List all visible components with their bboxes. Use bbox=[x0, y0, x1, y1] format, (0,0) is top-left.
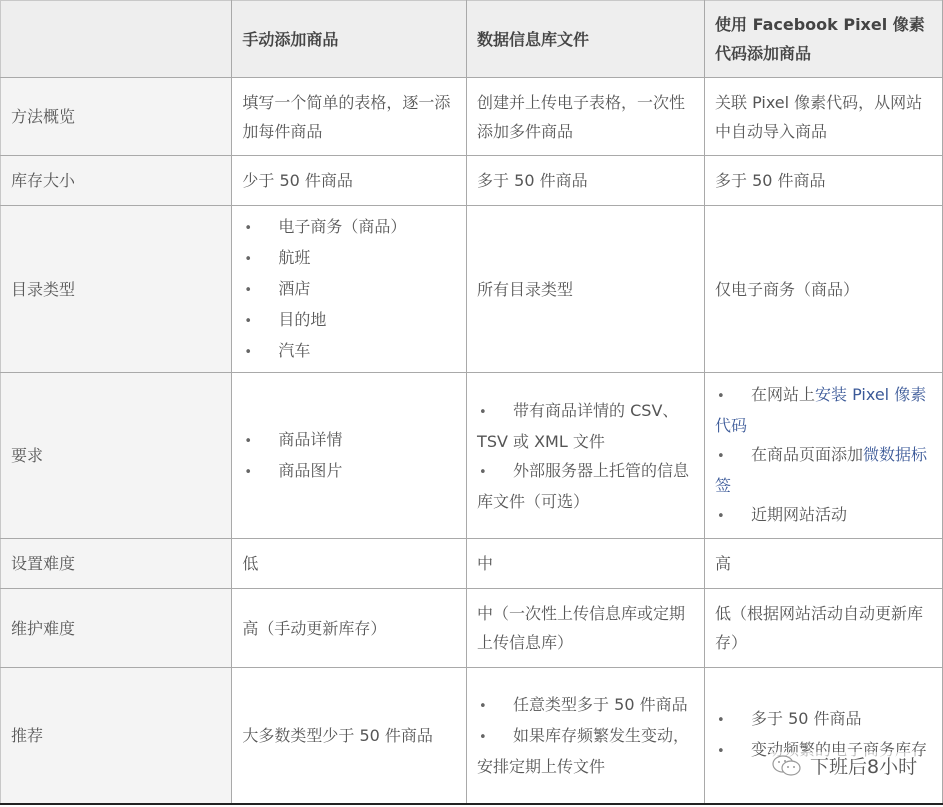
table-row-inventory-size: 库存大小 少于 50 件商品 多于 50 件商品 多于 50 件商品 bbox=[1, 156, 943, 206]
row-label: 维护难度 bbox=[1, 589, 232, 668]
bullet-icon: • bbox=[242, 214, 278, 243]
list-item: •带有商品详情的 CSV、TSV 或 XML 文件 bbox=[477, 396, 694, 456]
list-item: •在商品页面添加微数据标签 bbox=[715, 440, 932, 500]
list-item: •航班 bbox=[242, 243, 456, 274]
table-cell: 所有目录类型 bbox=[467, 206, 705, 373]
table-cell: 多于 50 件商品 bbox=[705, 156, 943, 206]
table-row-overview: 方法概览 填写一个简单的表格，逐一添加每件商品 创建并上传电子表格，一次性添加多… bbox=[1, 78, 943, 156]
bullet-icon: • bbox=[477, 458, 513, 487]
bullet-list: •电子商务（商品） •航班 •酒店 •目的地 •汽车 bbox=[242, 212, 456, 367]
bullet-icon: • bbox=[242, 245, 278, 274]
bullet-list: •任意类型多于 50 件商品 •如果库存频繁发生变动，安排定期上传文件 bbox=[477, 690, 694, 781]
list-item: •在网站上安装 Pixel 像素代码 bbox=[715, 380, 932, 440]
table-cell: 填写一个简单的表格，逐一添加每件商品 bbox=[232, 78, 467, 156]
list-item: •目的地 bbox=[242, 305, 456, 336]
bullet-icon: • bbox=[715, 382, 751, 411]
header-data-feed: 数据信息库文件 bbox=[467, 1, 705, 78]
table-cell: 仅电子商务（商品） bbox=[705, 206, 943, 373]
bullet-list: •商品详情 •商品图片 bbox=[242, 425, 456, 487]
list-item: •商品图片 bbox=[242, 456, 456, 487]
header-manual: 手动添加商品 bbox=[232, 1, 467, 78]
bullet-icon: • bbox=[715, 502, 751, 531]
table-row-recommended: 推荐 大多数类型少于 50 件商品 •任意类型多于 50 件商品 •如果库存频繁… bbox=[1, 668, 943, 804]
header-corner bbox=[1, 1, 232, 78]
list-item: •外部服务器上托管的信息库文件（可选） bbox=[477, 456, 694, 516]
table-cell: 高 bbox=[705, 539, 943, 589]
table-cell: •任意类型多于 50 件商品 •如果库存频繁发生变动，安排定期上传文件 bbox=[467, 668, 705, 804]
bullet-icon: • bbox=[242, 307, 278, 336]
table-cell: •带有商品详情的 CSV、TSV 或 XML 文件 •外部服务器上托管的信息库文… bbox=[467, 373, 705, 539]
bullet-icon: • bbox=[242, 427, 278, 456]
bullet-list: •带有商品详情的 CSV、TSV 或 XML 文件 •外部服务器上托管的信息库文… bbox=[477, 396, 694, 516]
row-label: 目录类型 bbox=[1, 206, 232, 373]
watermark-text: 下班后8小时 bbox=[810, 752, 917, 779]
bullet-icon: • bbox=[715, 706, 751, 735]
bullet-icon: • bbox=[477, 398, 513, 427]
table-cell: 创建并上传电子表格，一次性添加多件商品 bbox=[467, 78, 705, 156]
row-label: 设置难度 bbox=[1, 539, 232, 589]
watermark: 下班后8小时 bbox=[770, 752, 917, 779]
row-label: 方法概览 bbox=[1, 78, 232, 156]
table-row-requirements: 要求 •商品详情 •商品图片 •带有商品详情的 CSV、TSV 或 XML 文件… bbox=[1, 373, 943, 539]
bullet-icon: • bbox=[715, 442, 751, 471]
bullet-icon: • bbox=[242, 276, 278, 305]
table-cell: 多于 50 件商品 bbox=[467, 156, 705, 206]
table-cell: 大多数类型少于 50 件商品 bbox=[232, 668, 467, 804]
bullet-icon: • bbox=[477, 723, 513, 752]
bullet-icon: • bbox=[242, 338, 278, 367]
table-row-catalog-type: 目录类型 •电子商务（商品） •航班 •酒店 •目的地 •汽车 所有目录类型 仅… bbox=[1, 206, 943, 373]
list-item: •酒店 bbox=[242, 274, 456, 305]
list-item: •电子商务（商品） bbox=[242, 212, 456, 243]
header-pixel: 使用 Facebook Pixel 像素代码添加商品 bbox=[705, 1, 943, 78]
header-row: 手动添加商品 数据信息库文件 使用 Facebook Pixel 像素代码添加商… bbox=[1, 1, 943, 78]
list-item: •汽车 bbox=[242, 336, 456, 367]
wechat-icon bbox=[770, 754, 804, 778]
table-row-maintenance-difficulty: 维护难度 高（手动更新库存） 中（一次性上传信息库或定期上传信息库） 低（根据网… bbox=[1, 589, 943, 668]
bullet-icon: • bbox=[242, 458, 278, 487]
list-item: •如果库存频繁发生变动，安排定期上传文件 bbox=[477, 721, 694, 781]
table-cell: •电子商务（商品） •航班 •酒店 •目的地 •汽车 bbox=[232, 206, 467, 373]
table-cell: •商品详情 •商品图片 bbox=[232, 373, 467, 539]
row-label: 库存大小 bbox=[1, 156, 232, 206]
list-item: •近期网站活动 bbox=[715, 500, 932, 531]
table-cell: •在网站上安装 Pixel 像素代码 •在商品页面添加微数据标签 •近期网站活动 bbox=[705, 373, 943, 539]
table-cell: 中 bbox=[467, 539, 705, 589]
table-cell: 高（手动更新库存） bbox=[232, 589, 467, 668]
row-label: 推荐 bbox=[1, 668, 232, 804]
table-row-setup-difficulty: 设置难度 低 中 高 bbox=[1, 539, 943, 589]
table-cell: 低 bbox=[232, 539, 467, 589]
list-item: •多于 50 件商品 bbox=[715, 704, 932, 735]
table-cell: •多于 50 件商品 •变动频繁的电子商务库存 bbox=[705, 668, 943, 804]
list-item: •商品详情 bbox=[242, 425, 456, 456]
table-cell: 中（一次性上传信息库或定期上传信息库） bbox=[467, 589, 705, 668]
table-cell: 低（根据网站活动自动更新库存） bbox=[705, 589, 943, 668]
bullet-icon: • bbox=[477, 692, 513, 721]
bullet-icon: • bbox=[715, 737, 751, 766]
table-cell: 关联 Pixel 像素代码，从网站中自动导入商品 bbox=[705, 78, 943, 156]
comparison-table: 手动添加商品 数据信息库文件 使用 Facebook Pixel 像素代码添加商… bbox=[0, 0, 943, 805]
table-cell: 少于 50 件商品 bbox=[232, 156, 467, 206]
list-item: •任意类型多于 50 件商品 bbox=[477, 690, 694, 721]
row-label: 要求 bbox=[1, 373, 232, 539]
bullet-list: •在网站上安装 Pixel 像素代码 •在商品页面添加微数据标签 •近期网站活动 bbox=[715, 380, 932, 531]
